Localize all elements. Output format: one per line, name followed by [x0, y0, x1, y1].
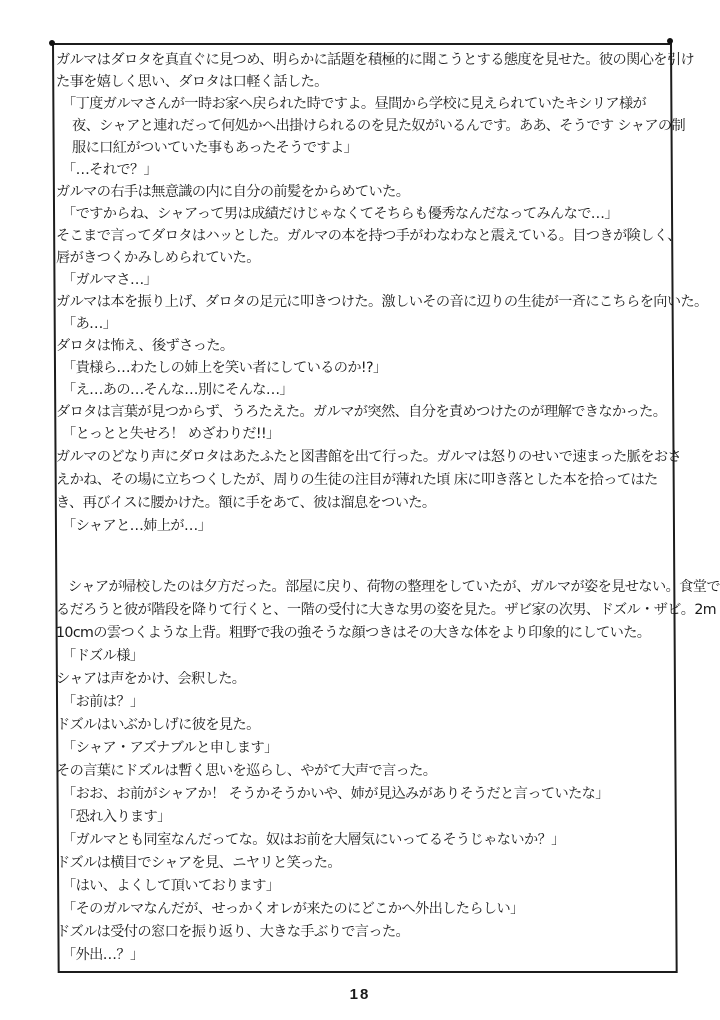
page-number: 18	[0, 986, 720, 1003]
text-line: 唇がきつくかみしめられていた。	[56, 248, 260, 269]
text-line: ドズルは横目でシャアを見、ニヤリと笑った。	[56, 853, 341, 874]
text-line: ガルマのどなり声にダロタはあたふたと図書館を出て行った。ガルマは怒りのせいで速ま…	[56, 447, 681, 468]
dialogue-line: 「そのガルマなんだが、せっかくオレが来たのにどこかへ外出したらしい」	[62, 899, 524, 920]
dialogue-line: 「恐れ入ります」	[62, 807, 171, 828]
text-line: ガルマの右手は無意識の内に自分の前髪をからめていた。	[56, 182, 409, 203]
text-line: 10cmの雲つくような上背。粗野で我の強そうな顔つきはその大きな体をより印象的に…	[56, 623, 650, 644]
dialogue-continuation-line: 夜、シャアと連れだって何処かへ出掛けられるのを見た奴がいるんです。ああ、そうです…	[72, 116, 685, 137]
text-line: き、再びイスに腰かけた。額に手をあて、彼は溜息をついた。	[56, 493, 435, 514]
dialogue-line: 「ガルマさ…」	[62, 270, 157, 291]
frame-corner-mark	[667, 38, 673, 44]
dialogue-line: 「貴様ら…わたしの姉上を笑い者にしているのか!?」	[62, 358, 387, 379]
dialogue-line: 「あ…」	[62, 314, 116, 335]
text-line: ドズルは受付の窓口を振り返り、大きな手ぶりで言った。	[56, 922, 409, 943]
text-line: るだろうと彼が階段を降りて行くと、一階の受付に大きな男の姿を見た。ザビ家の次男、…	[56, 600, 716, 621]
dialogue-line: 「お前は？」	[62, 692, 144, 713]
dialogue-continuation-line: 服に口紅がついていた事もあったそうですよ」	[72, 138, 357, 159]
frame-corner-mark	[49, 40, 55, 46]
text-line: ドズルはいぶかしげに彼を見た。	[56, 715, 260, 736]
dialogue-line: 「ですからね、シャアって男は成績だけじゃなくてそちらも優秀なんだなってみんなで……	[62, 204, 618, 225]
dialogue-line: 「おお、お前がシャアか！ そうかそうかいや、姉が見込みがありそうだと言っていたな…	[62, 784, 609, 805]
text-line: た事を嬉しく思い、ダロタは口軽く話した。	[56, 72, 328, 93]
dialogue-line: 「ドズル様」	[62, 646, 143, 667]
dialogue-line: 「はい、よくして頂いております」	[62, 876, 279, 897]
dialogue-line: 「とっとと失せろ！ めざわりだ!!」	[62, 424, 280, 445]
dialogue-line: 「シャア・アズナブルと申します」	[62, 738, 278, 759]
text-line: そこまで言ってダロタはハッとした。ガルマの本を持つ手がわなわなと震えている。目つ…	[56, 226, 681, 247]
paragraph-start-line: シャアが帰校したのは夕方だった。部屋に戻り、荷物の整理をしていたが、ガルマが姿を…	[68, 577, 720, 598]
dialogue-line: 「外出…？」	[62, 945, 144, 966]
text-line: その言葉にドズルは暫く思いを巡らし、やがて大声で言った。	[56, 761, 436, 782]
text-line: ダロタは怖え、後ずさった。	[56, 336, 234, 357]
dialogue-line: 「丁度ガルマさんが一時お家へ戻られた時ですよ。昼間から学校に見えられていたキシリ…	[62, 94, 646, 115]
text-line: ガルマはダロタを真直ぐに見つめ、明らかに話題を積極的に聞こうとする態度を見せた。…	[56, 50, 694, 71]
text-line: ガルマは本を振り上げ、ダロタの足元に叩きつけた。激しいその音に辺りの生徒が一斉に…	[56, 292, 708, 313]
dialogue-line: 「シャアと…姉上が…」	[62, 516, 211, 537]
text-line: えかね、その場に立ちつくしたが、周りの生徒の注目が薄れた頃 床に叩き落とした本を…	[56, 470, 658, 491]
text-line: ダロタは言葉が見つからず、うろたえた。ガルマが突然、自分を責めつけたのが理解でき…	[56, 402, 666, 423]
dialogue-line: 「え…あの…そんな…別にそんな…」	[62, 380, 293, 401]
dialogue-line: 「ガルマとも同室なんだってな。奴はお前を大層気にいってるそうじゃないか？」	[62, 830, 565, 851]
dialogue-line: 「…それで？」	[62, 160, 157, 181]
text-line: シャアは声をかけ、会釈した。	[56, 669, 245, 690]
